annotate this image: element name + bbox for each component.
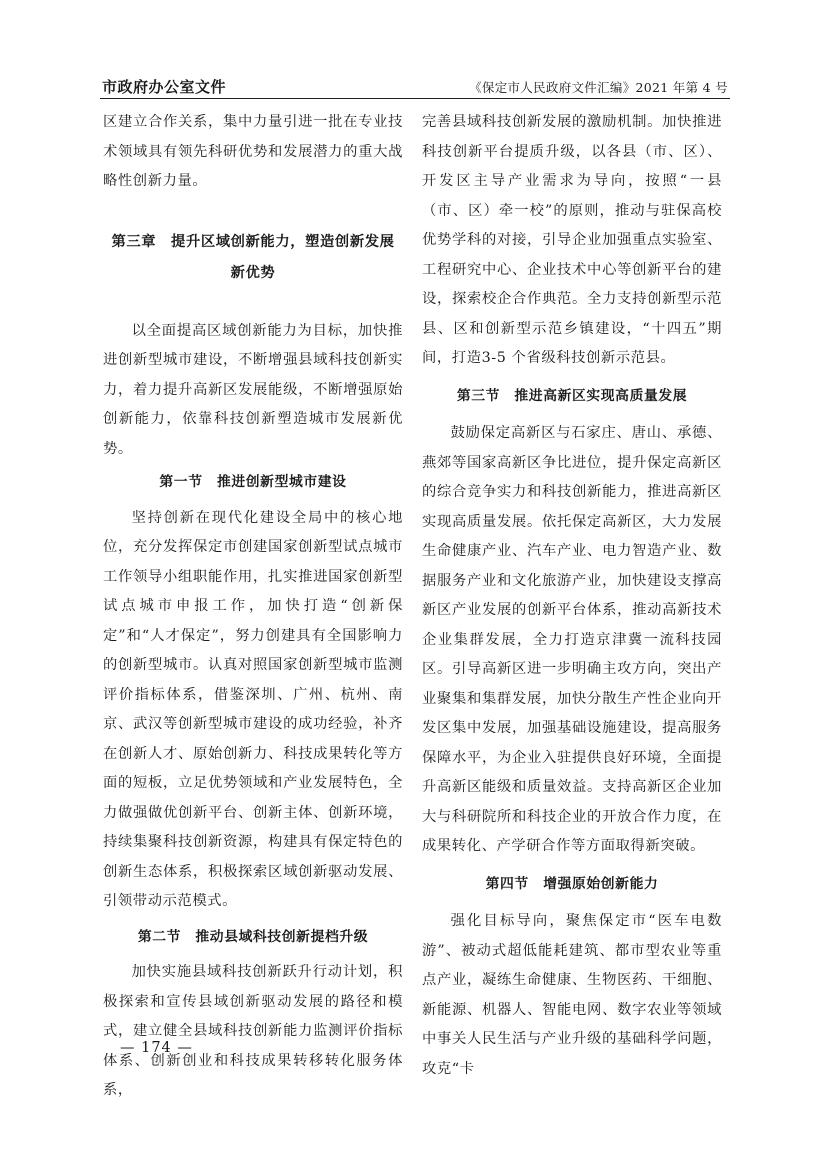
section-heading-4: 第四节 增强原始创新能力: [422, 870, 722, 900]
section2-paragraph-continued: 完善县域科技创新发展的激励机制。加快推进科技创新平台提质升级，以各县（市、区）、…: [422, 108, 722, 374]
page-header: 市政府办公室文件 《保定市人民政府文件汇编》2021 年第 4 号: [100, 76, 730, 99]
chapter-heading-line1: 第三章 提升区域创新能力，塑造创新发展: [103, 227, 403, 258]
page-number: — 174 —: [120, 1040, 193, 1056]
section-heading-3: 第三节 推进高新区实现高质量发展: [422, 382, 722, 412]
header-office-title: 市政府办公室文件: [102, 76, 226, 97]
chapter-intro-paragraph: 以全面提高区域创新能力为目标，加快推进创新型城市建设，不断增强县域科技创新实力，…: [103, 317, 403, 465]
section2-paragraph: 加快实施县域科技创新跃升行动计划，积极探索和宣传县域创新驱动发展的路径和模式，建…: [103, 958, 403, 1106]
section4-paragraph: 强化目标导向，聚焦保定市“医车电数游”、被动式超低能耗建筑、都市型农业等重点产业…: [422, 907, 722, 1084]
left-column: 区建立合作关系，集中力量引进一批在专业技术领域具有领先科研优势和发展潜力的重大战…: [103, 108, 403, 1106]
section-heading-1: 第一节 推进创新型城市建设: [103, 468, 403, 498]
header-publication-title: 《保定市人民政府文件汇编》2021 年第 4 号: [469, 78, 728, 96]
section-heading-2: 第二节 推动县域科技创新提档升级: [103, 923, 403, 953]
paragraph-continued: 区建立合作关系，集中力量引进一批在专业技术领域具有领先科研优势和发展潜力的重大战…: [103, 108, 403, 197]
right-column: 完善县域科技创新发展的激励机制。加快推进科技创新平台提质升级，以各县（市、区）、…: [422, 108, 722, 1084]
chapter-heading-line2: 新优势: [103, 258, 403, 289]
section3-paragraph: 鼓励保定高新区与石家庄、唐山、承德、燕郊等国家高新区争比进位，提升保定高新区的综…: [422, 419, 722, 862]
section1-paragraph: 坚持创新在现代化建设全局中的核心地位，充分发挥保定市创建国家创新型试点城市工作领…: [103, 504, 403, 917]
